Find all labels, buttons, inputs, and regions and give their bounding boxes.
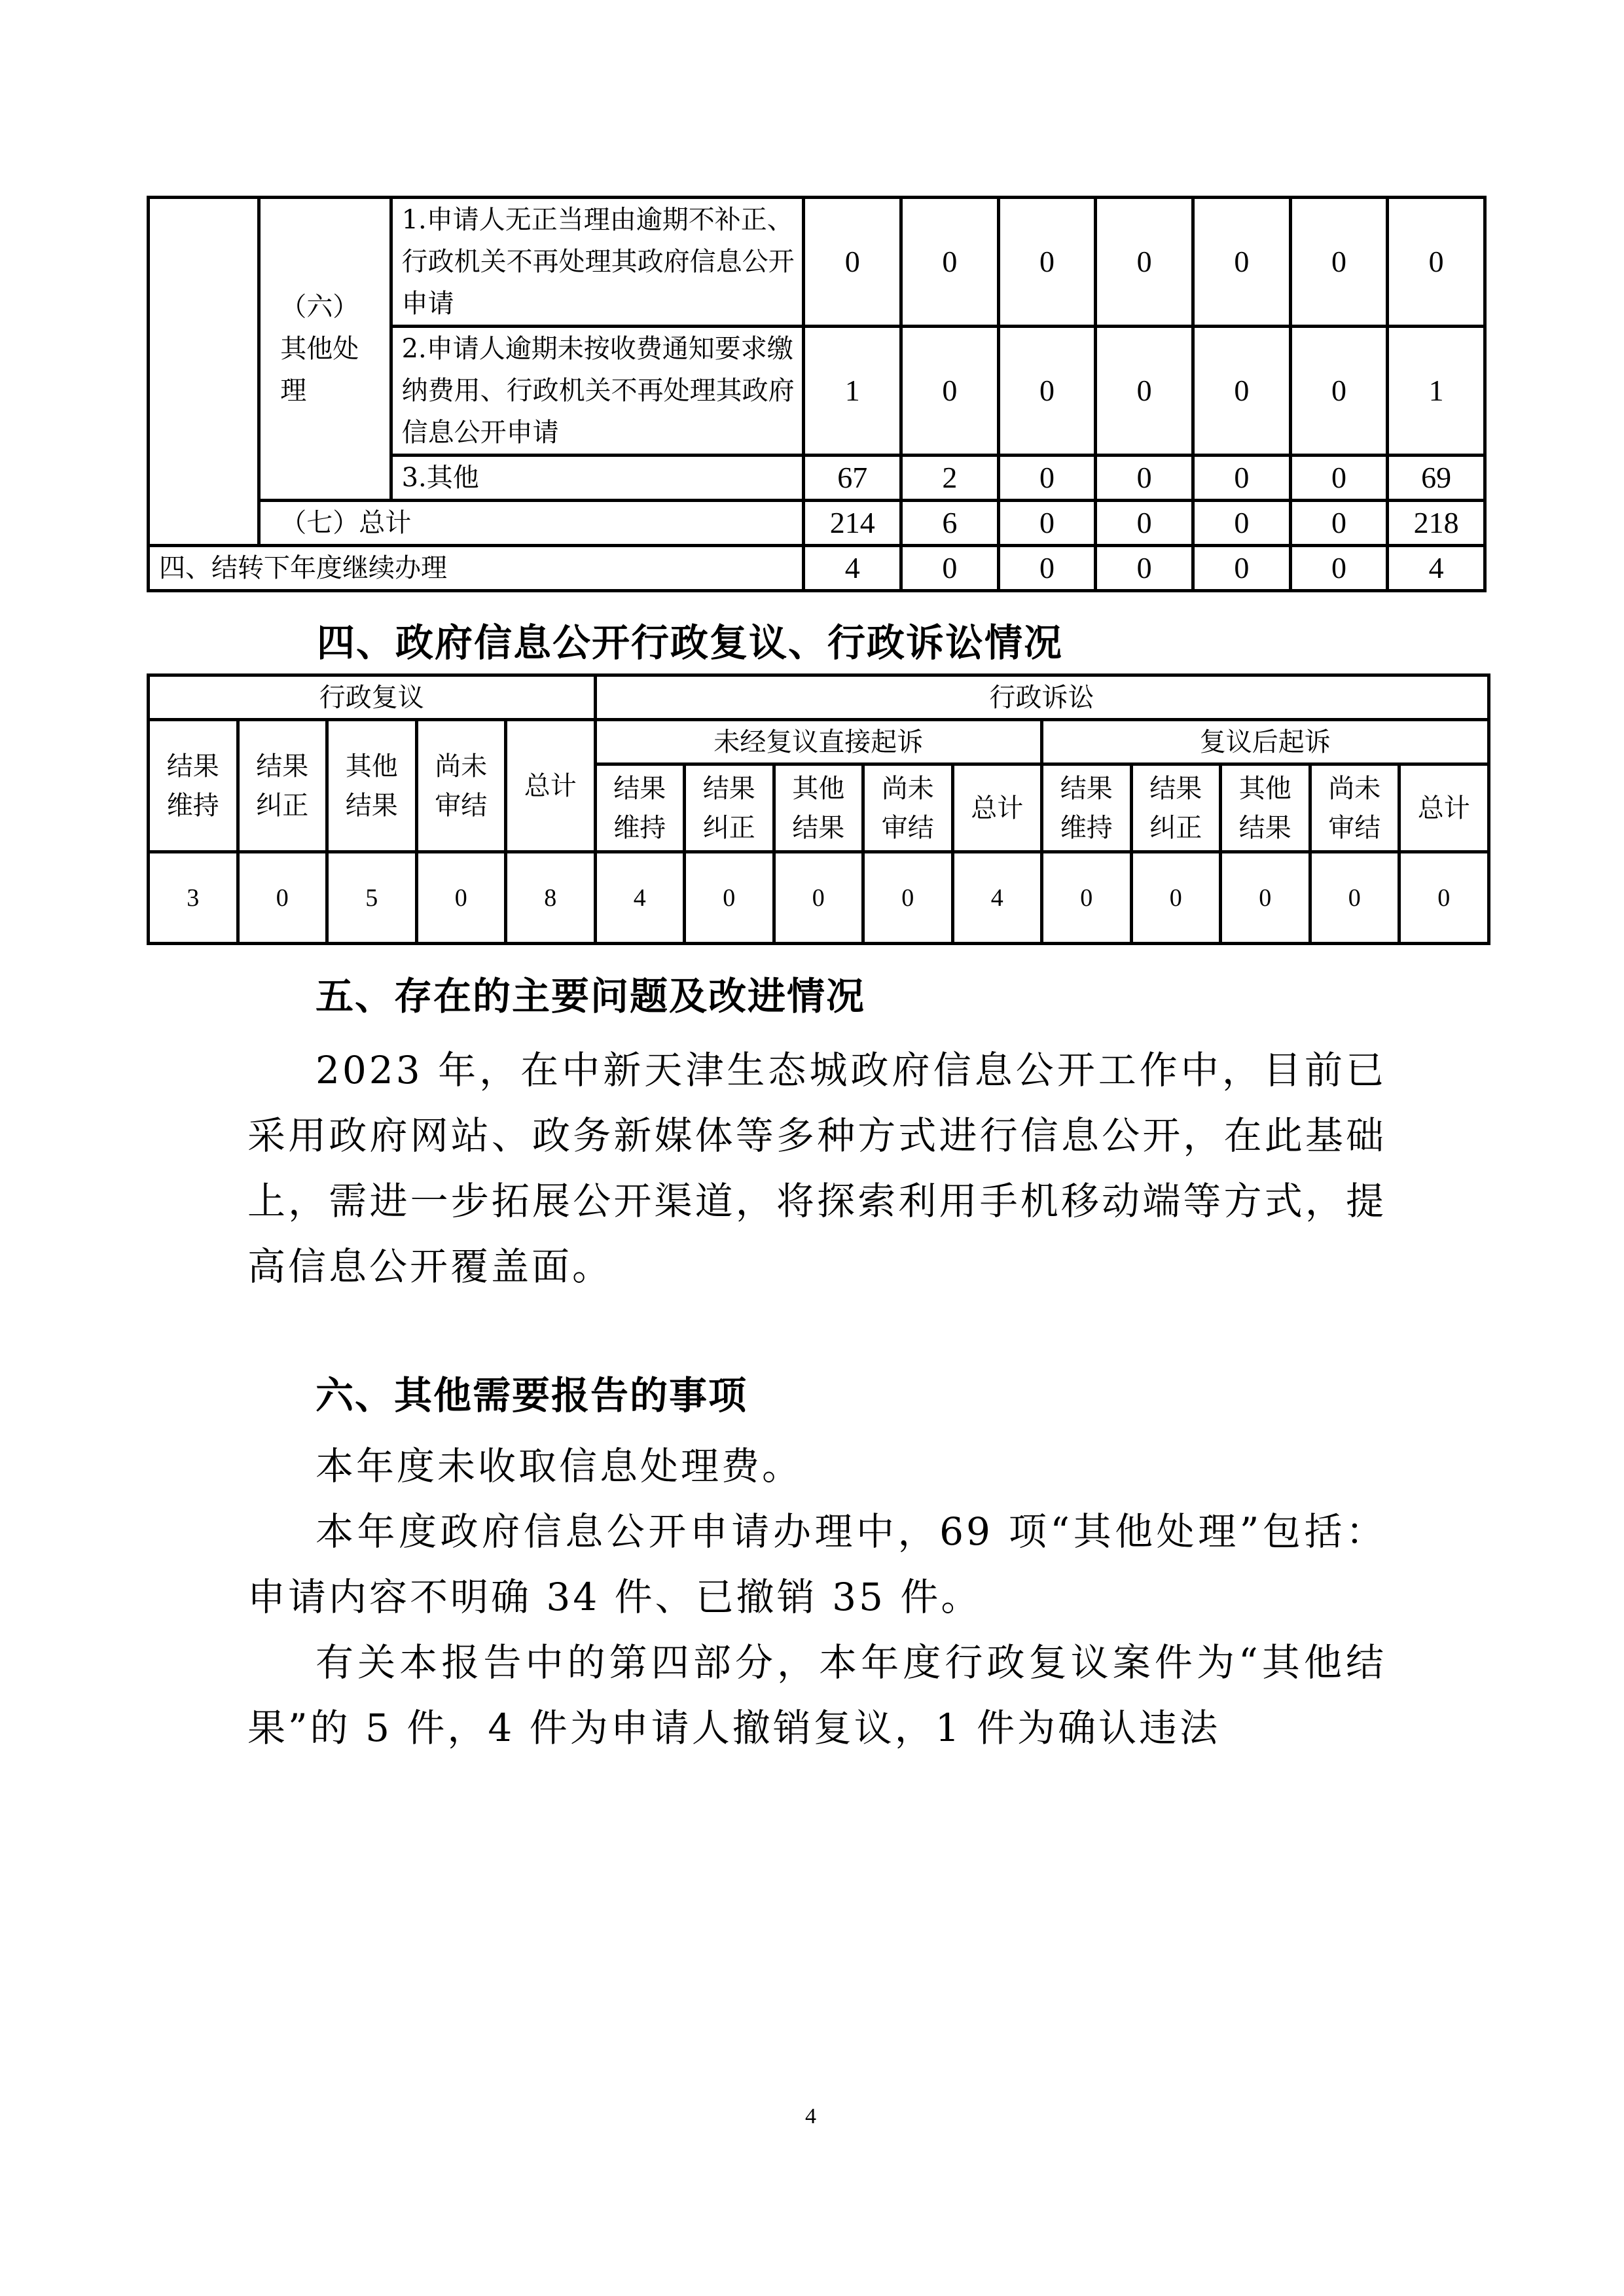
cell-value: 0 xyxy=(901,546,999,591)
cell-value: 0 xyxy=(1290,546,1388,591)
cell-value: 0 xyxy=(1290,501,1388,546)
application-handling-table: （六）其他处理 1.申请人无正当理由逾期不补正、行政机关不再处理其政府信息公开申… xyxy=(147,196,1487,592)
cell-value: 67 xyxy=(804,456,901,501)
cell-value: 0 xyxy=(1193,501,1290,546)
column-header: 尚未审结 xyxy=(1310,764,1399,852)
cell-value: 0 xyxy=(1096,546,1193,591)
cell-value: 0 xyxy=(1290,198,1388,327)
column-header: 尚未审结 xyxy=(863,764,953,852)
column-header: 总计 xyxy=(506,720,596,852)
cell-value: 8 xyxy=(506,852,596,944)
cell-value: 0 xyxy=(1193,198,1290,327)
carryover-label: 四、结转下年度继续办理 xyxy=(149,546,804,591)
cell-value: 0 xyxy=(998,327,1096,456)
row-label: 2.申请人逾期未按收费通知要求缴纳费用、行政机关不再处理其政府信息公开申请 xyxy=(391,327,804,456)
section5-heading: 五、存在的主要问题及改进情况 xyxy=(316,965,865,1020)
column-header: 结果维持 xyxy=(149,720,238,852)
column-header: 其他结果 xyxy=(1221,764,1310,852)
cell-value: 3 xyxy=(149,852,238,944)
cell-value: 0 xyxy=(774,852,863,944)
section6-heading: 六、其他需要报告的事项 xyxy=(316,1365,748,1420)
cell-value: 0 xyxy=(901,198,999,327)
cell-value: 0 xyxy=(863,852,953,944)
review-header: 行政复议 xyxy=(149,675,596,720)
row-label: 1.申请人无正当理由逾期不补正、行政机关不再处理其政府信息公开申请 xyxy=(391,198,804,327)
table-row: 四、结转下年度继续办理 4 0 0 0 0 0 4 xyxy=(149,546,1485,591)
cell-value: 0 xyxy=(998,546,1096,591)
cell-value: 0 xyxy=(416,852,506,944)
column-header: 结果纠正 xyxy=(1131,764,1221,852)
cell-value: 4 xyxy=(1388,546,1485,591)
cell-value: 0 xyxy=(998,198,1096,327)
section4-heading: 四、政府信息公开行政复议、行政诉讼情况 xyxy=(317,612,1063,667)
cell-value: 0 xyxy=(1042,852,1132,944)
cell-value: 0 xyxy=(998,501,1096,546)
cell-value: 0 xyxy=(1096,501,1193,546)
blank-parent-cell xyxy=(149,198,259,546)
cell-value: 1 xyxy=(1388,327,1485,456)
cell-value: 218 xyxy=(1388,501,1485,546)
column-header: 其他结果 xyxy=(327,720,417,852)
cell-value: 0 xyxy=(1193,456,1290,501)
review-litigation-table: 行政复议 行政诉讼 结果维持 结果纠正 其他结果 尚未审结 总计 未经复议直接起… xyxy=(147,673,1490,945)
table-row: （七）总计 214 6 0 0 0 0 218 xyxy=(149,501,1485,546)
column-header: 结果维持 xyxy=(1042,764,1132,852)
column-header: 结果纠正 xyxy=(685,764,774,852)
cell-value: 0 xyxy=(1290,327,1388,456)
cell-value: 0 xyxy=(1096,327,1193,456)
direct-suit-header: 未经复议直接起诉 xyxy=(595,720,1042,764)
page-number: 4 xyxy=(805,2104,816,2129)
section6-paragraph-2: 本年度政府信息公开申请办理中，69 项“其他处理”包括：申请内容不明确 34 件… xyxy=(247,1499,1386,1630)
table-row: 3 0 5 0 8 4 0 0 0 4 0 0 0 0 0 xyxy=(149,852,1489,944)
row-label: 3.其他 xyxy=(391,456,804,501)
cell-value: 0 xyxy=(1193,327,1290,456)
cell-value: 214 xyxy=(804,501,901,546)
cell-value: 4 xyxy=(952,852,1042,944)
cell-value: 0 xyxy=(1131,852,1221,944)
column-header: 总计 xyxy=(952,764,1042,852)
cell-value: 2 xyxy=(901,456,999,501)
cell-value: 0 xyxy=(238,852,327,944)
other-handling-group-label: （六）其他处理 xyxy=(259,198,391,501)
column-header: 其他结果 xyxy=(774,764,863,852)
section6-paragraph-1: 本年度未收取信息处理费。 xyxy=(247,1433,1386,1499)
column-header: 结果维持 xyxy=(595,764,685,852)
total-label: （七）总计 xyxy=(259,501,804,546)
section5-paragraph: 2023 年，在中新天津生态城政府信息公开工作中，目前已采用政府网站、政务新媒体… xyxy=(247,1037,1386,1299)
table-row: 结果维持 结果纠正 其他结果 尚未审结 总计 未经复议直接起诉 复议后起诉 xyxy=(149,720,1489,764)
cell-value: 0 xyxy=(901,327,999,456)
column-header: 尚未审结 xyxy=(416,720,506,852)
section6-paragraph-3: 有关本报告中的第四部分，本年度行政复议案件为“其他结果”的 5 件，4 件为申请… xyxy=(247,1630,1386,1761)
column-header: 结果纠正 xyxy=(238,720,327,852)
after-review-header: 复议后起诉 xyxy=(1042,720,1489,764)
cell-value: 4 xyxy=(804,546,901,591)
table-row: 行政复议 行政诉讼 xyxy=(149,675,1489,720)
cell-value: 4 xyxy=(595,852,685,944)
cell-value: 5 xyxy=(327,852,417,944)
cell-value: 0 xyxy=(998,456,1096,501)
cell-value: 69 xyxy=(1388,456,1485,501)
column-header: 总计 xyxy=(1399,764,1489,852)
cell-value: 0 xyxy=(1388,198,1485,327)
cell-value: 0 xyxy=(1193,546,1290,591)
cell-value: 0 xyxy=(1290,456,1388,501)
cell-value: 0 xyxy=(1096,198,1193,327)
litigation-header: 行政诉讼 xyxy=(595,675,1489,720)
cell-value: 0 xyxy=(1399,852,1489,944)
cell-value: 0 xyxy=(1096,456,1193,501)
table-row: （六）其他处理 1.申请人无正当理由逾期不补正、行政机关不再处理其政府信息公开申… xyxy=(149,198,1485,327)
cell-value: 0 xyxy=(804,198,901,327)
cell-value: 6 xyxy=(901,501,999,546)
cell-value: 0 xyxy=(1221,852,1310,944)
cell-value: 0 xyxy=(685,852,774,944)
cell-value: 1 xyxy=(804,327,901,456)
cell-value: 0 xyxy=(1310,852,1399,944)
